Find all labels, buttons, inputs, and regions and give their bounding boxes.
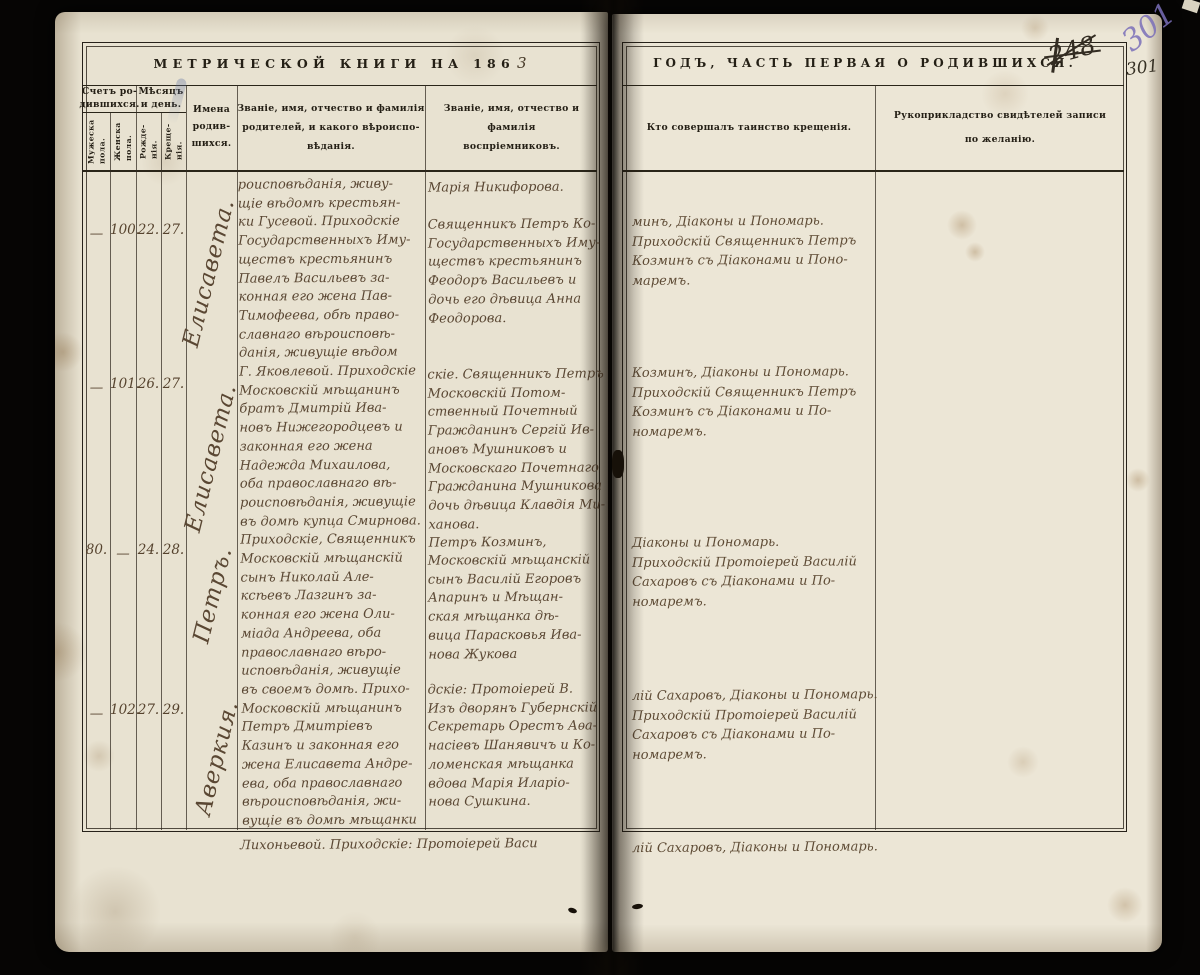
godparents-block: Марія Никифорова. [428,178,606,198]
godparents-block: дскіе: Протоіерей В. Изъ дворянъ Губернс… [428,680,607,812]
header-count-male: Мужеска пола. [84,114,109,169]
column-divider [161,113,162,830]
left-overflow-line: Лихоньевой. Приходскіе: Протоіерей Васи [240,835,600,856]
record-4-birth-day: 27. [136,702,161,718]
column-divider [110,113,111,830]
record-2-male-count: — [84,380,109,396]
officiant-block: Козминъ, Діаконы и Пономарь. Приходскій … [632,362,889,442]
record-3-male-count: 80. [84,542,109,558]
record-1-female-count: 100. [110,222,136,238]
left-page-title: МЕТРИЧЕСКОЙ КНИГИ НА 1863 [90,54,590,72]
scanned-metrical-book-spread: МЕТРИЧЕСКОЙ КНИГИ НА 1863 Счетъ ро- дивш… [0,0,1200,975]
header-officiant: Кто совершалъ таинство крещенія. [623,87,875,168]
record-2-baptism-day: 27. [161,376,186,392]
title-year-handwritten: 3 [517,54,527,72]
parents-column-text: роисповѣданія, живу- щіе вѣдомѣ крестьян… [238,175,437,831]
officiant-block: лій Сахаровъ, Діаконы и Пономарь. Приход… [632,685,895,765]
record-2-birth-day: 26. [136,376,161,392]
right-page-title: ГОДЪ, ЧАСТЬ ПЕРВАЯ О РОДИВШИХСЯ. [630,56,1100,70]
record-4-female-count: 102. [110,702,136,718]
record-4-baptism-day: 29. [161,702,186,718]
header-count-female: Женска пола. [111,114,135,169]
header-witnesses: Рукоприкладство свидѣтелей записи по жел… [876,87,1124,168]
header-parents: Званіе, имя, отчество и фамилія родителе… [237,87,425,168]
column-divider [186,85,187,830]
header-top-rule [623,85,1124,86]
record-3-baptism-day: 28. [161,542,186,558]
gutter-notch [612,450,624,478]
paper-speck [1182,0,1200,13]
header-child-names: Имена родив- шихся. [186,87,237,168]
record-1-birth-day: 22. [136,222,161,238]
header-count-group: Счетъ ро- дившихся. [83,87,136,111]
column-divider [136,85,137,830]
record-2-female-count: 101. [110,376,136,392]
page-number-ink: 301 [1125,56,1160,80]
left-page-title-text: МЕТРИЧЕСКОЙ КНИГИ НА 186 [154,56,515,71]
record-1-male-count: — [84,226,109,242]
record-1-baptism-day: 27. [161,222,186,238]
godparents-block: скіе. Священникъ Петръ Московскій Потом-… [427,365,606,553]
officiant-block: минъ, Діаконы и Пономарь. Приходскій Свя… [632,211,889,291]
record-3-female-count: — [110,546,136,562]
header-date-birth: Рожде- нія. [137,114,160,169]
record-4-male-count: — [84,706,109,722]
godparents-block: Священникъ Петръ Ко- Государственныхъ Им… [428,215,607,328]
header-godparents: Званіе, имя, отчество и фамилія воспріем… [425,87,598,168]
record-3-birth-day: 24. [136,542,161,558]
header-bottom-rule [623,170,1124,172]
godparents-block: Московскій мѣщанскій сынъ Василій Егоров… [428,551,607,664]
officiant-block: Діаконы и Пономарь. Приходскій Протоіере… [632,532,889,612]
right-overflow-line: лій Сахаровъ, Діаконы и Пономарь. [632,837,952,859]
